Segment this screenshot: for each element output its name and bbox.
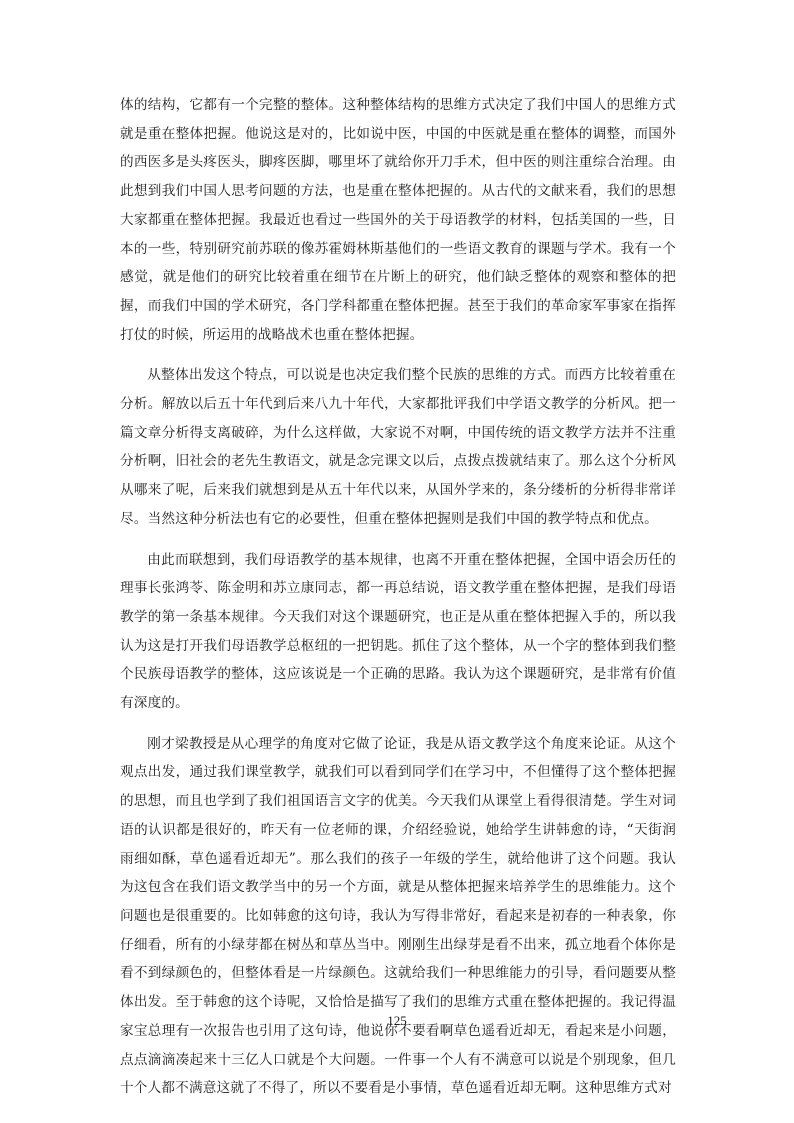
paragraph-2: 从整体出发这个特点，可以说是也决定我们整个民族的思维的方式。而西方比较着重在分析… [120,361,676,533]
paragraph-4: 刚才梁教授是从心理学的角度对它做了论证，我是从语文教学这个角度来论证。从这个观点… [120,730,676,1103]
page-number: 125 [0,1013,794,1029]
document-body: 体的结构，它都有一个完整的整体。这种整体结构的思维方式决定了我们中国人的思维方式… [120,91,676,1115]
paragraph-3: 由此而联想到，我们母语教学的基本规律，也离不开重在整体把握，全国中语会历任的理事… [120,546,676,718]
paragraph-1: 体的结构，它都有一个完整的整体。这种整体结构的思维方式决定了我们中国人的思维方式… [120,91,676,349]
